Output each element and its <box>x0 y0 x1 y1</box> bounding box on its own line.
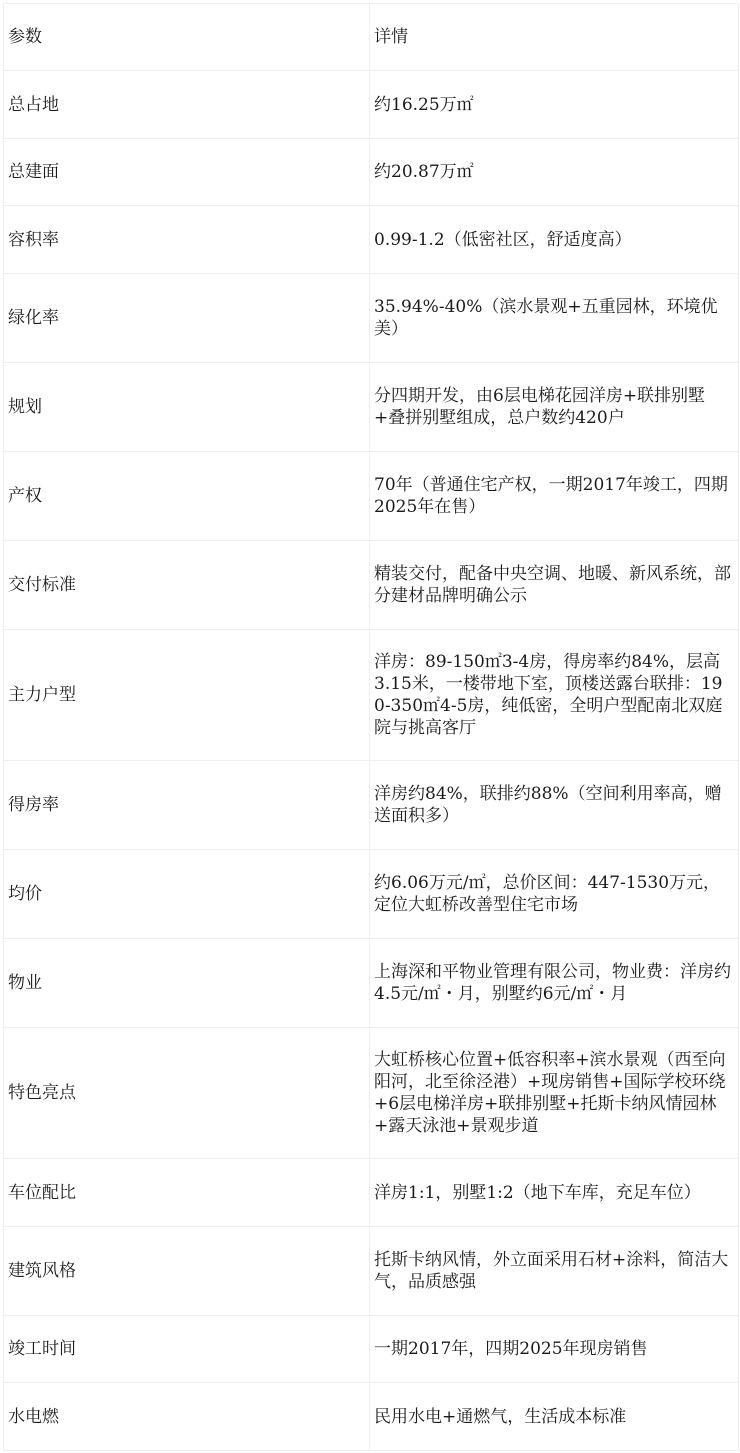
detail-cell: 精装交付，配备中央空调、地暖、新风系统，部分建材品牌明确公示 <box>370 541 739 630</box>
param-cell: 主力户型 <box>4 630 370 761</box>
table-row: 规划分四期开发，由6层电梯花园洋房+联排别墅+叠拼别墅组成，总户数约420户 <box>4 363 739 452</box>
property-parameters-table: 参数 详情 总占地约16.25万㎡总建面约20.87万㎡容积率0.99-1.2（… <box>3 3 739 1451</box>
table-row: 建筑风格托斯卡纳风情，外立面采用石材+涂料，简洁大气，品质感强 <box>4 1227 739 1316</box>
property-parameters-table-container: 参数 详情 总占地约16.25万㎡总建面约20.87万㎡容积率0.99-1.2（… <box>3 3 736 1451</box>
table-row: 竣工时间一期2017年，四期2025年现房销售 <box>4 1316 739 1383</box>
param-cell: 交付标准 <box>4 541 370 630</box>
detail-cell: 民用水电+通燃气，生活成本标准 <box>370 1383 739 1451</box>
detail-cell: 一期2017年，四期2025年现房销售 <box>370 1316 739 1383</box>
param-cell: 水电燃 <box>4 1383 370 1451</box>
header-param: 参数 <box>4 4 370 71</box>
param-cell: 总建面 <box>4 139 370 206</box>
table-row: 车位配比洋房1:1，别墅1:2（地下车库，充足车位） <box>4 1159 739 1227</box>
detail-cell: 约6.06万元/㎡，总价区间：447-1530万元，定位大虹桥改善型住宅市场 <box>370 850 739 939</box>
table-row: 得房率洋房约84%，联排约88%（空间利用率高，赠送面积多） <box>4 761 739 850</box>
table-row: 均价约6.06万元/㎡，总价区间：447-1530万元，定位大虹桥改善型住宅市场 <box>4 850 739 939</box>
table-row: 交付标准精装交付，配备中央空调、地暖、新风系统，部分建材品牌明确公示 <box>4 541 739 630</box>
param-cell: 规划 <box>4 363 370 452</box>
param-cell: 均价 <box>4 850 370 939</box>
detail-cell: 洋房约84%，联排约88%（空间利用率高，赠送面积多） <box>370 761 739 850</box>
detail-cell: 洋房1:1，别墅1:2（地下车库，充足车位） <box>370 1159 739 1227</box>
detail-cell: 约20.87万㎡ <box>370 139 739 206</box>
table-row: 容积率0.99-1.2（低密社区，舒适度高） <box>4 206 739 274</box>
table-row: 水电燃民用水电+通燃气，生活成本标准 <box>4 1383 739 1451</box>
detail-cell: 0.99-1.2（低密社区，舒适度高） <box>370 206 739 274</box>
table-row: 总建面约20.87万㎡ <box>4 139 739 206</box>
param-cell: 建筑风格 <box>4 1227 370 1316</box>
param-cell: 特色亮点 <box>4 1028 370 1159</box>
table-row: 特色亮点大虹桥核心位置+低容积率+滨水景观（西至向阳河，北至徐泾港）+现房销售+… <box>4 1028 739 1159</box>
table-row: 产权70年（普通住宅产权，一期2017年竣工，四期2025年在售） <box>4 452 739 541</box>
detail-cell: 分四期开发，由6层电梯花园洋房+联排别墅+叠拼别墅组成，总户数约420户 <box>370 363 739 452</box>
table-row: 物业上海深和平物业管理有限公司，物业费：洋房约4.5元/㎡・月，别墅约6元/㎡・… <box>4 939 739 1028</box>
param-cell: 得房率 <box>4 761 370 850</box>
detail-cell: 35.94%-40%（滨水景观+五重园林，环境优美） <box>370 274 739 363</box>
table-row: 绿化率35.94%-40%（滨水景观+五重园林，环境优美） <box>4 274 739 363</box>
detail-cell: 洋房：89-150㎡3-4房，得房率约84%，层高3.15米，一楼带地下室，顶楼… <box>370 630 739 761</box>
table-header-row: 参数 详情 <box>4 4 739 71</box>
param-cell: 竣工时间 <box>4 1316 370 1383</box>
table-row: 总占地约16.25万㎡ <box>4 71 739 139</box>
detail-cell: 70年（普通住宅产权，一期2017年竣工，四期2025年在售） <box>370 452 739 541</box>
detail-cell: 约16.25万㎡ <box>370 71 739 139</box>
detail-cell: 托斯卡纳风情，外立面采用石材+涂料，简洁大气，品质感强 <box>370 1227 739 1316</box>
detail-cell: 上海深和平物业管理有限公司，物业费：洋房约4.5元/㎡・月，别墅约6元/㎡・月 <box>370 939 739 1028</box>
param-cell: 容积率 <box>4 206 370 274</box>
param-cell: 绿化率 <box>4 274 370 363</box>
param-cell: 车位配比 <box>4 1159 370 1227</box>
param-cell: 产权 <box>4 452 370 541</box>
param-cell: 物业 <box>4 939 370 1028</box>
table-row: 主力户型洋房：89-150㎡3-4房，得房率约84%，层高3.15米，一楼带地下… <box>4 630 739 761</box>
header-detail: 详情 <box>370 4 739 71</box>
param-cell: 总占地 <box>4 71 370 139</box>
detail-cell: 大虹桥核心位置+低容积率+滨水景观（西至向阳河，北至徐泾港）+现房销售+国际学校… <box>370 1028 739 1159</box>
